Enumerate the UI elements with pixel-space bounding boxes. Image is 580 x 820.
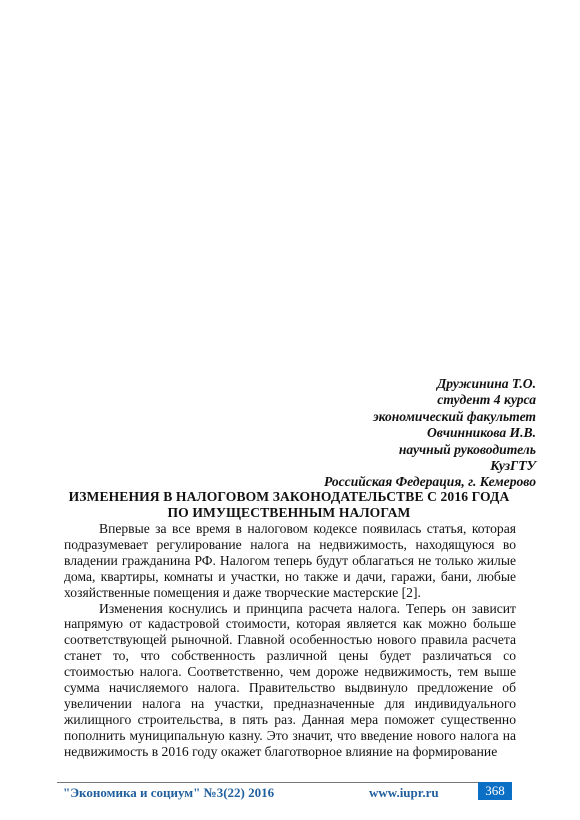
journal-url[interactable]: www.iupr.ru — [369, 785, 439, 801]
author-faculty: экономический факультет — [324, 409, 536, 425]
title-line-2: ПО ИМУЩЕСТВЕННЫМ НАЛОГАМ — [60, 505, 518, 521]
paragraph: Впервые за все время в налоговом кодексе… — [64, 521, 516, 601]
article-title: ИЗМЕНЕНИЯ В НАЛОГОВОМ ЗАКОНОДАТЕЛЬСТВЕ С… — [60, 489, 518, 521]
paragraph: Изменения коснулись и принципа расчета н… — [64, 601, 516, 760]
author-status: студент 4 курса — [324, 392, 536, 408]
university: КузГТУ — [324, 458, 536, 474]
article-body: Впервые за все время в налоговом кодексе… — [64, 521, 516, 760]
supervisor-role: научный руководитель — [324, 442, 536, 458]
page-number: 368 — [478, 782, 512, 800]
supervisor-name: Овчинникова И.В. — [324, 425, 536, 441]
author-block: Дружинина Т.О. студент 4 курса экономиче… — [324, 376, 536, 491]
title-line-1: ИЗМЕНЕНИЯ В НАЛОГОВОМ ЗАКОНОДАТЕЛЬСТВЕ С… — [60, 489, 518, 505]
journal-name: "Экономика и социум" №3(22) 2016 — [63, 785, 274, 801]
footer-divider — [57, 782, 512, 783]
author-name: Дружинина Т.О. — [324, 376, 536, 392]
